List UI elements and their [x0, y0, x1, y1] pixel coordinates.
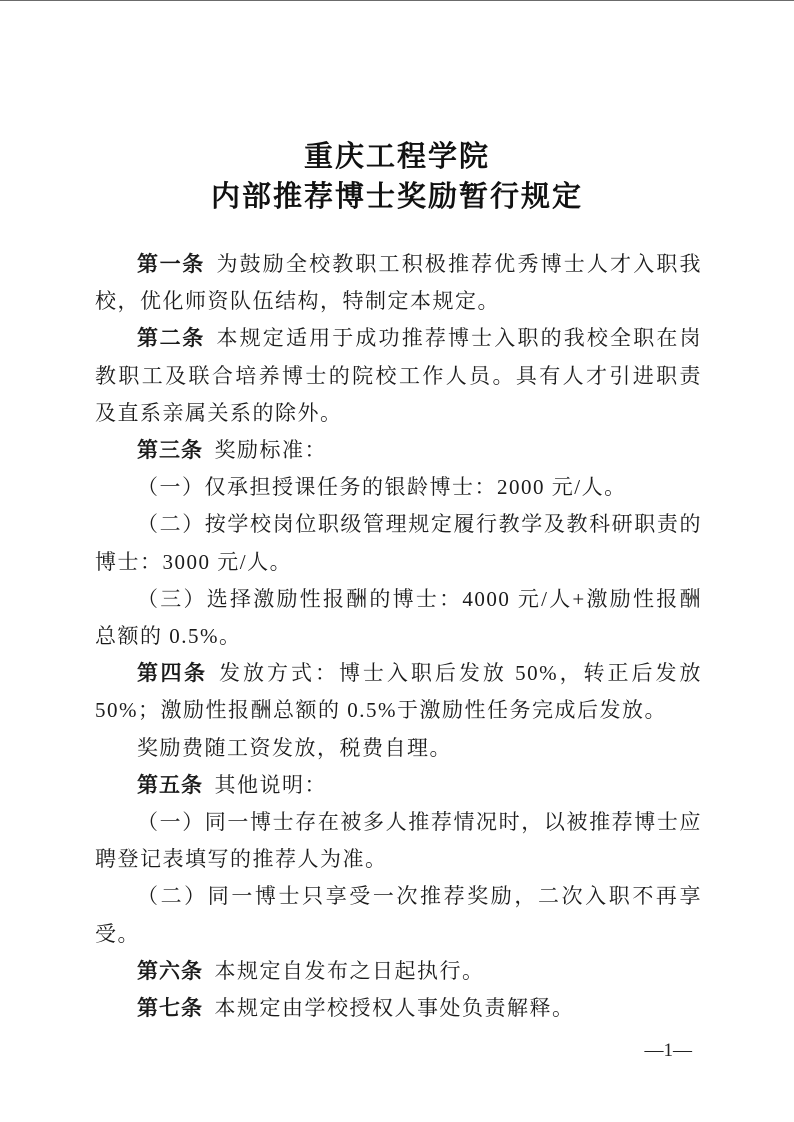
title-line-regulation: 内部推荐博士奖励暂行规定 — [0, 177, 794, 217]
paragraph: 第五条其他说明： — [95, 767, 702, 804]
paragraph-text: 奖励费随工资发放，税费自理。 — [137, 736, 452, 760]
paragraph: 奖励费随工资发放，税费自理。 — [95, 730, 702, 767]
paragraph: 第三条奖励标准： — [95, 432, 702, 469]
paragraph: （一）仅承担授课任务的银龄博士：2000 元/人。 — [95, 469, 702, 506]
article-label: 第五条 — [137, 774, 203, 797]
article-label: 第三条 — [137, 439, 203, 462]
paragraph-text: 其他说明： — [215, 773, 328, 797]
paragraph: 第一条为鼓励全校教职工积极推荐优秀博士人才入职我校，优化师资队伍结构，特制定本规… — [95, 246, 702, 320]
paragraph-text: （一）同一博士存在被多人推荐情况时，以被推荐博士应聘登记表填写的推荐人为准。 — [95, 810, 702, 871]
paragraph-text: （一）仅承担授课任务的银龄博士：2000 元/人。 — [137, 475, 627, 499]
paragraph-text: （二）同一博士只享受一次推荐奖励，二次入职不再享受。 — [95, 884, 702, 945]
paragraph: （二）同一博士只享受一次推荐奖励，二次入职不再享受。 — [95, 878, 702, 952]
document-title: 重庆工程学院 内部推荐博士奖励暂行规定 — [0, 137, 794, 217]
article-label: 第二条 — [137, 327, 205, 350]
page-footer: —1— — [645, 1040, 693, 1062]
paragraph-text: （二）按学校岗位职级管理规定履行教学及教科研职责的博士：3000 元/人。 — [95, 512, 702, 573]
article-label: 第七条 — [137, 997, 203, 1020]
document-page: 重庆工程学院 内部推荐博士奖励暂行规定 第一条为鼓励全校教职工积极推荐优秀博士人… — [0, 0, 794, 1122]
paragraph: 第二条本规定适用于成功推荐博士入职的我校全职在岗教职工及联合培养博士的院校工作人… — [95, 320, 702, 432]
article-label: 第六条 — [137, 960, 203, 983]
page-number: —1— — [645, 1040, 693, 1061]
paragraph-text: （三）选择激励性报酬的博士：4000 元/人+激励性报酬总额的 0.5%。 — [95, 587, 702, 648]
scan-edge-line — [0, 0, 794, 1]
paragraph: 第四条发放方式：博士入职后发放 50%，转正后发放 50%；激励性报酬总额的 0… — [95, 655, 702, 729]
paragraph: 第七条本规定由学校授权人事处负责解释。 — [95, 990, 702, 1027]
document-body: 第一条为鼓励全校教职工积极推荐优秀博士人才入职我校，优化师资队伍结构，特制定本规… — [95, 246, 702, 1027]
paragraph-text: 本规定自发布之日起执行。 — [215, 959, 485, 983]
paragraph-text: 奖励标准： — [215, 438, 328, 462]
paragraph: （二）按学校岗位职级管理规定履行教学及教科研职责的博士：3000 元/人。 — [95, 506, 702, 580]
paragraph-text: 本规定由学校授权人事处负责解释。 — [215, 996, 575, 1020]
paragraph: （一）同一博士存在被多人推荐情况时，以被推荐博士应聘登记表填写的推荐人为准。 — [95, 804, 702, 878]
article-label: 第四条 — [137, 662, 207, 685]
paragraph: （三）选择激励性报酬的博士：4000 元/人+激励性报酬总额的 0.5%。 — [95, 581, 702, 655]
paragraph: 第六条本规定自发布之日起执行。 — [95, 953, 702, 990]
article-label: 第一条 — [137, 253, 205, 276]
title-line-institution: 重庆工程学院 — [0, 137, 794, 177]
